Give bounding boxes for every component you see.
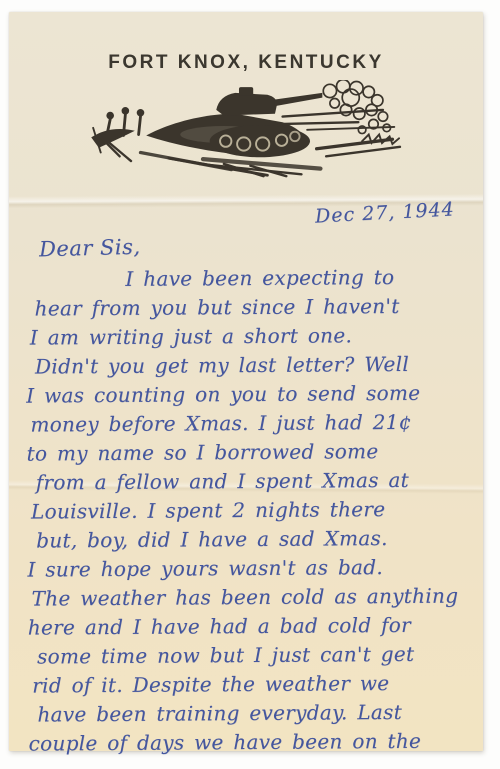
letter-line: I have been expecting to <box>25 262 473 294</box>
letter-paper: FORT KNOX, KENTUCKY <box>9 12 483 751</box>
letter-line: have been training everyday. Last <box>37 697 476 729</box>
letter-line: Louisville. I spent 2 nights there <box>31 494 475 526</box>
letter-line: from a fellow and I spent Xmas at <box>36 465 475 497</box>
letter-line: some time now but I just can't get <box>37 639 476 671</box>
letter-date: Dec 27, 1944 <box>315 198 456 227</box>
scanned-letter-background: FORT KNOX, KENTUCKY <box>0 0 500 769</box>
letter-line: but, boy, did I have a sad Xmas. <box>36 523 475 555</box>
letter-line: I was counting on you to send some <box>26 378 474 410</box>
letter-line: The weather has been cold as anything <box>32 581 476 613</box>
letter-line: hear from you but since I haven't <box>34 291 473 323</box>
tank-illustration-svg <box>82 80 404 190</box>
letter-line: money before Xmas. I just had 21¢ <box>30 407 474 439</box>
letter-line: rid of it. Despite the weather we <box>32 668 476 700</box>
letter-line: Didn't you get my last letter? Well <box>35 349 474 381</box>
letter-line: here and I have had a bad cold for <box>28 610 476 642</box>
letter-line: I sure hope yours wasn't as bad. <box>27 552 475 584</box>
letter-line: couple of days we have been on the <box>29 726 477 758</box>
letter-greeting: Dear Sis, <box>39 235 141 262</box>
letter-line: to my name so I borrowed some <box>26 436 474 468</box>
tank-firing-illustration <box>82 80 404 190</box>
letterhead-title: FORT KNOX, KENTUCKY <box>9 52 483 74</box>
letter-body: I have been expecting tohear from you bu… <box>25 262 476 758</box>
letter-line: I am writing just a short one. <box>30 320 474 352</box>
